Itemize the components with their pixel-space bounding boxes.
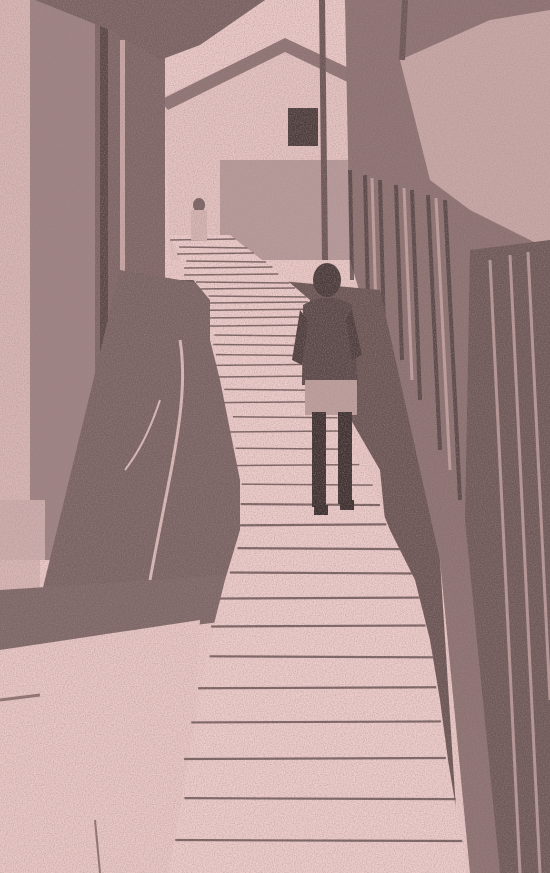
photograph [0, 0, 550, 873]
walkway-scene [0, 0, 550, 873]
